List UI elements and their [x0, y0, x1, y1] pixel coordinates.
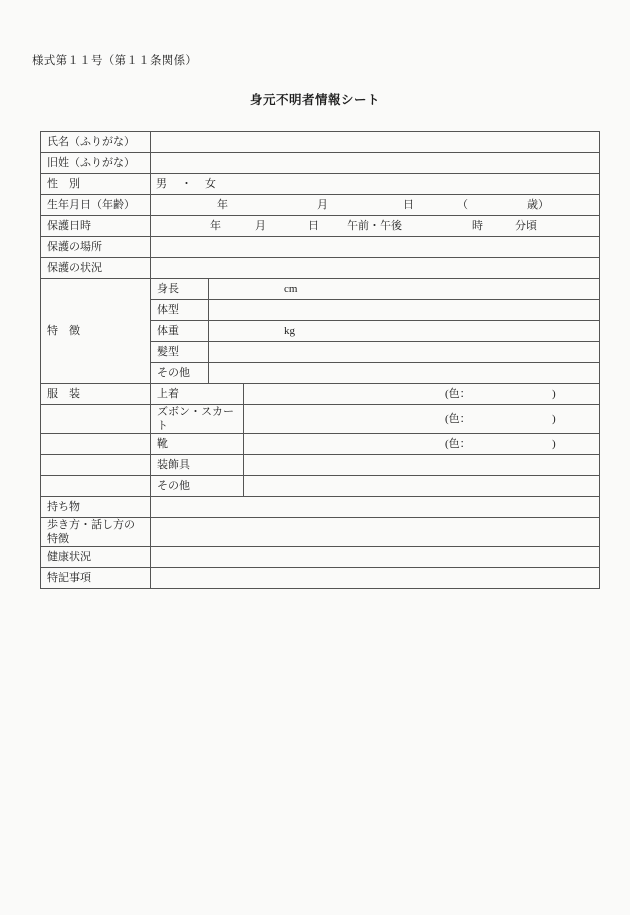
clothing-spacer-cell — [41, 455, 151, 476]
feature-hairstyle-label: 髪型 — [151, 342, 209, 363]
hour-unit: 時 — [472, 219, 483, 233]
protection-datetime-label: 保護日時 — [41, 216, 151, 237]
protection-datetime-value: 年 月 日 午前・午後 時 分頃 — [151, 216, 600, 237]
prot-year-unit: 年 — [210, 219, 221, 233]
table-row: 健康状況 — [41, 547, 600, 568]
table-row: 特 徴 身長 cm — [41, 279, 600, 300]
color-note-open: (色： — [445, 437, 471, 451]
table-row: 服 装 上着 (色： ) — [41, 384, 600, 405]
color-note-close: ) — [552, 387, 556, 401]
name-value — [151, 132, 600, 153]
weight-kg-unit: kg — [284, 324, 295, 338]
protection-place-value — [151, 237, 600, 258]
table-row: 装飾具 — [41, 455, 600, 476]
former-name-label: 旧姓（ふりがな） — [41, 153, 151, 174]
age-unit-paren-close: 歳） — [527, 198, 549, 212]
birthdate-value: 年 月 日 （ 歳） — [151, 195, 600, 216]
age-paren-open: （ — [457, 198, 468, 212]
table-row: 旧姓（ふりがな） — [41, 153, 600, 174]
feature-weight-label: 体重 — [151, 321, 209, 342]
clothing-label: 服 装 — [41, 384, 151, 405]
birthdate-label: 生年月日（年齢） — [41, 195, 151, 216]
protection-situation-value — [151, 258, 600, 279]
sex-value: 男 ・ 女 — [151, 174, 600, 195]
color-note-close: ) — [552, 437, 556, 451]
table-row: 特記事項 — [41, 568, 600, 589]
prot-day-unit: 日 — [308, 219, 319, 233]
birth-year-unit: 年 — [217, 198, 228, 212]
birth-month-unit: 月 — [317, 198, 328, 212]
table-row: 生年月日（年齢） 年 月 日 （ 歳） — [41, 195, 600, 216]
belongings-value — [151, 497, 600, 518]
protection-place-label: 保護の場所 — [41, 237, 151, 258]
sex-label: 性 別 — [41, 174, 151, 195]
feature-height-label: 身長 — [151, 279, 209, 300]
health-label: 健康状況 — [41, 547, 151, 568]
table-row: 靴 (色： ) — [41, 434, 600, 455]
sex-male-option: 男 — [156, 177, 167, 191]
former-name-value — [151, 153, 600, 174]
feature-build-label: 体型 — [151, 300, 209, 321]
color-note-close: ) — [552, 412, 556, 426]
clothing-jacket-value: (色： ) — [244, 384, 600, 405]
table-row: 保護日時 年 月 日 午前・午後 時 分頃 — [41, 216, 600, 237]
clothing-shoes-label: 靴 — [151, 434, 244, 455]
table-row: 氏名（ふりがな） — [41, 132, 600, 153]
table-row: 保護の場所 — [41, 237, 600, 258]
feature-other-label: その他 — [151, 363, 209, 384]
feature-other-value — [209, 363, 600, 384]
clothing-spacer-cell — [41, 476, 151, 497]
clothing-spacer-cell — [41, 434, 151, 455]
table-row: 歩き方・話し方の 特徴 — [41, 518, 600, 547]
special-notes-label: 特記事項 — [41, 568, 151, 589]
am-pm-option: 午前・午後 — [347, 219, 402, 233]
clothing-shoes-value: (色： ) — [244, 434, 600, 455]
prot-month-unit: 月 — [255, 219, 266, 233]
belongings-label: 持ち物 — [41, 497, 151, 518]
clothing-jacket-label: 上着 — [151, 384, 244, 405]
height-cm-unit: cm — [284, 282, 297, 296]
clothing-other-label: その他 — [151, 476, 244, 497]
table-row: その他 — [41, 476, 600, 497]
name-label: 氏名（ふりがな） — [41, 132, 151, 153]
clothing-other-value — [244, 476, 600, 497]
gait-speech-value — [151, 518, 600, 547]
clothing-pants-skirt-label: ズボン・スカート — [151, 405, 244, 434]
gait-speech-label: 歩き方・話し方の 特徴 — [41, 518, 151, 547]
minute-unit: 分頃 — [515, 219, 537, 233]
table-row: 保護の状況 — [41, 258, 600, 279]
color-note-open: (色： — [445, 387, 471, 401]
feature-hairstyle-value — [209, 342, 600, 363]
health-value — [151, 547, 600, 568]
clothing-accessories-label: 装飾具 — [151, 455, 244, 476]
birth-day-unit: 日 — [403, 198, 414, 212]
sex-female-option: 女 — [205, 177, 216, 191]
feature-height-value: cm — [209, 279, 600, 300]
feature-weight-value: kg — [209, 321, 600, 342]
table-row: 性 別 男 ・ 女 — [41, 174, 600, 195]
protection-situation-label: 保護の状況 — [41, 258, 151, 279]
info-sheet-table: 氏名（ふりがな） 旧姓（ふりがな） 性 別 男 ・ 女 生年月日（年齢） 年 月… — [40, 131, 600, 589]
page-title: 身元不明者情報シート — [0, 90, 630, 108]
clothing-pants-skirt-value: (色： ) — [244, 405, 600, 434]
clothing-spacer-cell — [41, 405, 151, 434]
form-number: 様式第１１号（第１１条関係） — [32, 52, 197, 68]
table-row: 持ち物 — [41, 497, 600, 518]
special-notes-value — [151, 568, 600, 589]
color-note-open: (色： — [445, 412, 471, 426]
features-label: 特 徴 — [41, 279, 151, 384]
feature-build-value — [209, 300, 600, 321]
clothing-accessories-value — [244, 455, 600, 476]
table-row: ズボン・スカート (色： ) — [41, 405, 600, 434]
sex-separator-dot: ・ — [181, 177, 192, 191]
